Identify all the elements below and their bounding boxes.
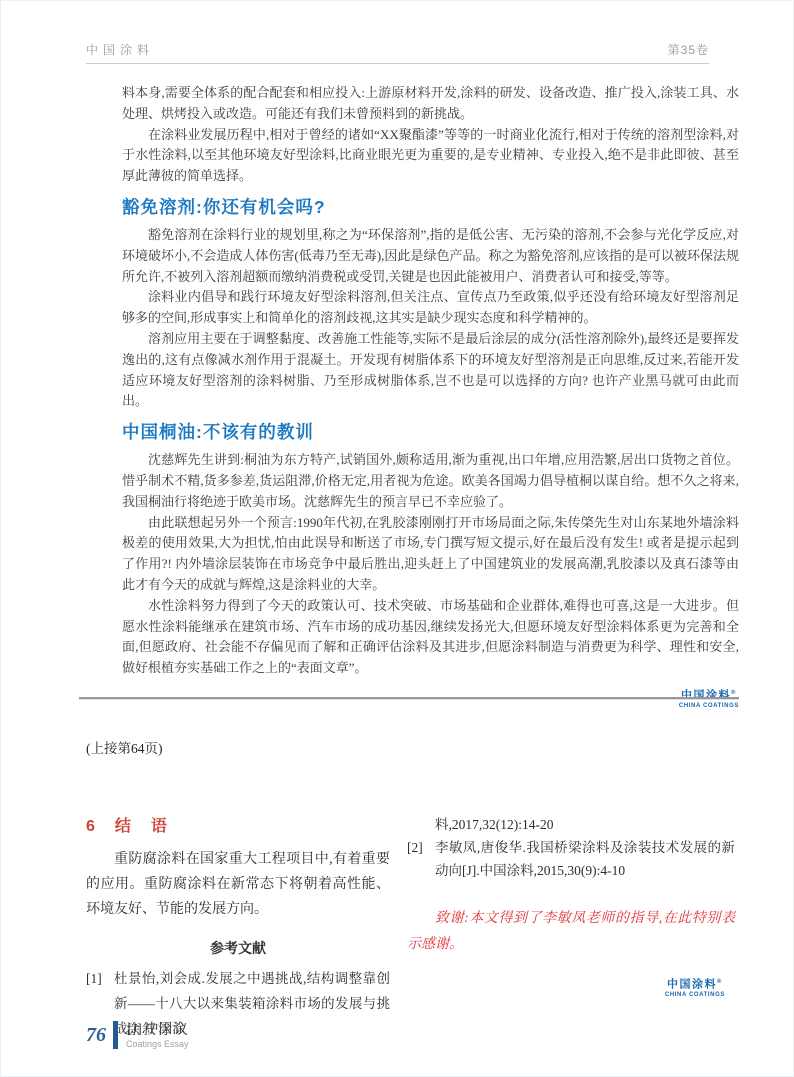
two-column-section: 6 结 语 重防腐涂料在国家重大工程项目中,有着重要的应用。重防腐涂料在新常态下… bbox=[86, 813, 735, 1041]
reference-index: [2] bbox=[407, 836, 435, 882]
essay-paragraph: 料本身,需要全体系的配合配套和相应投入:上游原材料开发,涂料的研发、设备改造、推… bbox=[122, 83, 739, 125]
logo-subtitle: CHINA COATINGS bbox=[679, 703, 739, 710]
section-heading-tung-oil: 中国桐油:不该有的教训 bbox=[122, 420, 739, 444]
china-coatings-logo: 中国涂料® CHINA COATINGS bbox=[665, 976, 725, 999]
journal-name: 中国涂料 bbox=[86, 41, 154, 58]
bottom-logo-row: 中国涂料® CHINA COATINGS bbox=[407, 976, 735, 999]
essay-body: 料本身,需要全体系的配合配套和相应投入:上游原材料开发,涂料的研发、设备改造、推… bbox=[122, 83, 739, 710]
reference-item: [2] 李敏凤,唐俊华.我国桥梁涂料及涂装技术发展的新动向[J].中国涂料,20… bbox=[407, 836, 735, 882]
essay-paragraph: 溶剂应用主要在于调整黏度、改善施工性能等,实际不是最后涂层的成分(活性溶剂除外)… bbox=[122, 329, 739, 412]
left-column: 6 结 语 重防腐涂料在国家重大工程项目中,有着重要的应用。重防腐涂料在新常态下… bbox=[86, 813, 390, 1041]
page-footer: 76 涂叙涂议 Coatings Essay bbox=[86, 1021, 190, 1049]
acknowledgment-note: 致谢:本文得到了李敏凤老师的指导,在此特别表示感谢。 bbox=[407, 906, 735, 958]
essay-paragraph: 由此联想起另外一个预言:1990年代初,在乳胶漆刚刚打开市场局面之际,朱传棨先生… bbox=[122, 513, 739, 596]
column-name-en: Coatings Essay bbox=[126, 1039, 190, 1049]
page-header: 中国涂料 第35卷 bbox=[86, 41, 709, 64]
references-title: 参考文献 bbox=[86, 938, 390, 958]
footer-column-title: 涂叙涂议 Coatings Essay bbox=[126, 1022, 190, 1049]
conclusion-paragraph: 重防腐涂料在国家重大工程项目中,有着重要的应用。重防腐涂料在新常态下将朝着高性能… bbox=[86, 847, 390, 922]
registered-mark-icon: ® bbox=[731, 690, 737, 696]
volume-label: 第35卷 bbox=[668, 41, 709, 58]
essay-paragraph: 在涂料业发展历程中,相对于曾经的诸如“XX聚酯漆”等等的一时商业化流行,相对于传… bbox=[122, 125, 739, 187]
section-divider bbox=[79, 697, 739, 700]
section-heading-exempt-solvents: 豁免溶剂:你还有机会吗? bbox=[122, 195, 739, 219]
reference-text: 李敏凤,唐俊华.我国桥梁涂料及涂装技术发展的新动向[J].中国涂料,2015,3… bbox=[435, 836, 735, 882]
logo-name: 中国涂料 bbox=[667, 979, 717, 991]
column-name: 涂叙涂议 bbox=[126, 1022, 190, 1037]
essay-paragraph: 沈慈辉先生讲到:桐油为东方特产,试销国外,颇称适用,渐为重视,出口年增,应用浩繁… bbox=[122, 450, 739, 512]
reference-continuation: 料,2017,32(12):14-20 bbox=[407, 813, 735, 836]
logo-wordmark: 中国涂料® bbox=[665, 976, 725, 991]
continued-from-note: (上接第64页) bbox=[86, 737, 163, 757]
essay-paragraph: 豁免溶剂在涂料行业的规划里,称之为“环保溶剂”,指的是低公害、无污染的溶剂,不会… bbox=[122, 225, 739, 287]
page-number: 76 bbox=[86, 1024, 106, 1047]
essay-paragraph: 涂料业内倡导和践行环境友好型涂料溶剂,但关注点、宣传点乃至政策,似乎还没有给环境… bbox=[122, 287, 739, 329]
essay-paragraph: 水性涂料努力得到了今天的政策认可、技术突破、市场基础和企业群体,难得也可喜,这是… bbox=[122, 596, 739, 679]
registered-mark-icon: ® bbox=[717, 979, 723, 985]
footer-divider-bar bbox=[113, 1021, 118, 1049]
right-column: 料,2017,32(12):14-20 [2] 李敏凤,唐俊华.我国桥梁涂料及涂… bbox=[407, 813, 735, 1041]
journal-page: 中国涂料 第35卷 料本身,需要全体系的配合配套和相应投入:上游原材料开发,涂料… bbox=[0, 0, 794, 1077]
logo-subtitle: CHINA COATINGS bbox=[665, 992, 725, 999]
conclusion-heading: 6 结 语 bbox=[86, 813, 390, 836]
